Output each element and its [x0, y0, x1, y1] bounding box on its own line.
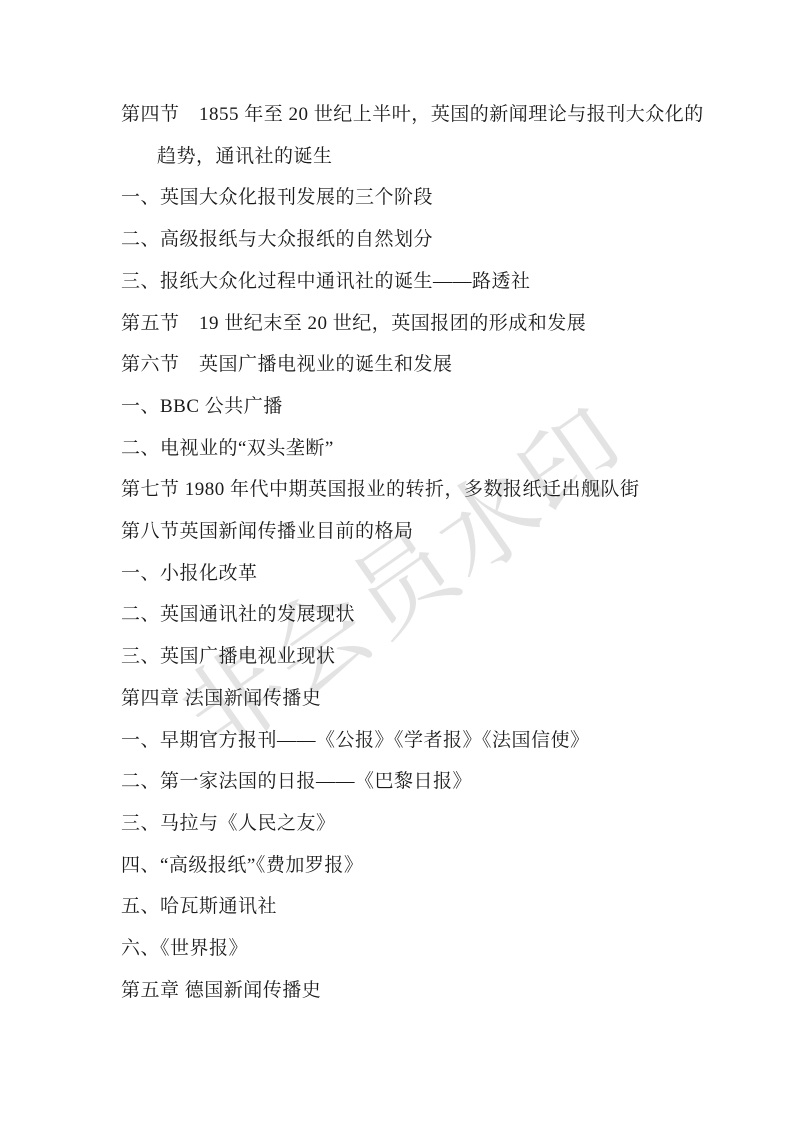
document-page: 非会员水印 第四节 1855 年至 20 世纪上半叶，英国的新闻理论与报刊大众化… — [0, 0, 793, 1122]
toc-line-item: 二、第一家法国的日报——《巴黎日报》 — [121, 761, 681, 803]
toc-line-section-4-title-cont: 趋势，通讯社的诞生 — [121, 136, 681, 178]
toc-line-item: 五、哈瓦斯通讯社 — [121, 886, 681, 928]
toc-line-item: 四、“高级报纸”《费加罗报》 — [121, 845, 681, 887]
toc-line-item: 三、英国广播电视业现状 — [121, 636, 681, 678]
toc-line-item: 三、报纸大众化过程中通讯社的诞生——路透社 — [121, 261, 681, 303]
toc-line-item: 二、电视业的“双头垄断” — [121, 428, 681, 470]
toc-line-chapter-5-title: 第五章 德国新闻传播史 — [121, 970, 681, 1012]
toc-line-item: 一、英国大众化报刊发展的三个阶段 — [121, 177, 681, 219]
toc-line-section-4-title: 第四节 1855 年至 20 世纪上半叶，英国的新闻理论与报刊大众化的 — [121, 94, 681, 136]
toc-line-item: 一、小报化改革 — [121, 553, 681, 595]
toc-line-item: 二、高级报纸与大众报纸的自然划分 — [121, 219, 681, 261]
toc-line-chapter-4-title: 第四章 法国新闻传播史 — [121, 678, 681, 720]
document-content: 第四节 1855 年至 20 世纪上半叶，英国的新闻理论与报刊大众化的 趋势，通… — [121, 94, 681, 1011]
toc-line-item: 六、《世界报》 — [121, 928, 681, 970]
toc-line-item: 三、马拉与《人民之友》 — [121, 803, 681, 845]
toc-line-item: 一、早期官方报刊——《公报》《学者报》《法国信使》 — [121, 720, 681, 762]
toc-line-section-7-title: 第七节 1980 年代中期英国报业的转折，多数报纸迁出舰队街 — [121, 469, 681, 511]
toc-line-item: 一、BBC 公共广播 — [121, 386, 681, 428]
toc-line-item: 二、英国通讯社的发展现状 — [121, 594, 681, 636]
toc-line-section-6-title: 第六节 英国广播电视业的诞生和发展 — [121, 344, 681, 386]
toc-line-section-8-title: 第八节英国新闻传播业目前的格局 — [121, 511, 681, 553]
toc-line-section-5-title: 第五节 19 世纪末至 20 世纪，英国报团的形成和发展 — [121, 303, 681, 345]
